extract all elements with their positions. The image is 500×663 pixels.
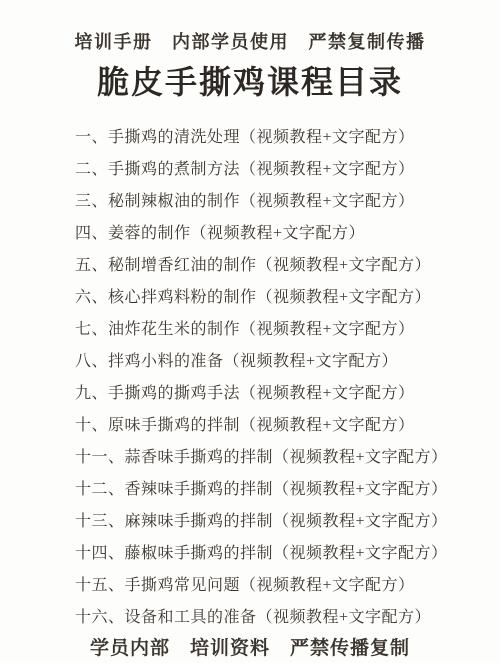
toc-item: 十二、香辣味手撕鸡的拌制（视频教程+文字配方） <box>75 474 480 506</box>
toc-item: 一、手撕鸡的清洗处理（视频教程+文字配方） <box>75 122 480 154</box>
toc-item: 十五、手撕鸡常见问题（视频教程+文字配方） <box>75 570 480 602</box>
toc-item: 十三、麻辣味手撕鸡的拌制（视频教程+文字配方） <box>75 506 480 538</box>
toc-item: 十六、设备和工具的准备（视频教程+文字配方） <box>75 602 480 634</box>
toc-item: 五、秘制增香红油的制作（视频教程+文字配方） <box>75 250 480 282</box>
toc-item: 十、原味手撕鸡的拌制（视频教程+文字配方） <box>75 410 480 442</box>
document-page: 培训手册 内部学员使用 严禁复制传播 脆皮手撕鸡课程目录 一、手撕鸡的清洗处理（… <box>0 0 500 663</box>
toc-item: 六、核心拌鸡料粉的制作（视频教程+文字配方） <box>75 282 480 314</box>
toc-item: 三、秘制辣椒油的制作（视频教程+文字配方） <box>75 186 480 218</box>
toc-item: 二、手撕鸡的煮制方法（视频教程+文字配方） <box>75 154 480 186</box>
toc-list: 一、手撕鸡的清洗处理（视频教程+文字配方） 二、手撕鸡的煮制方法（视频教程+文字… <box>0 122 500 634</box>
toc-item: 八、拌鸡小料的准备（视频教程+文字配方） <box>75 346 480 378</box>
toc-item: 九、手撕鸡的撕鸡手法（视频教程+文字配方） <box>75 378 480 410</box>
toc-item: 七、油炸花生米的制作（视频教程+文字配方） <box>75 314 480 346</box>
toc-item: 十四、藤椒味手撕鸡的拌制（视频教程+文字配方） <box>75 538 480 570</box>
toc-item: 四、姜蓉的制作（视频教程+文字配方） <box>75 218 480 250</box>
header-notice: 培训手册 内部学员使用 严禁复制传播 <box>0 32 500 52</box>
toc-item: 十一、蒜香味手撕鸡的拌制（视频教程+文字配方） <box>75 442 480 474</box>
page-title: 脆皮手撕鸡课程目录 <box>0 64 500 100</box>
footer-notice: 学员内部 培训资料 严禁传播复制 <box>0 639 500 659</box>
